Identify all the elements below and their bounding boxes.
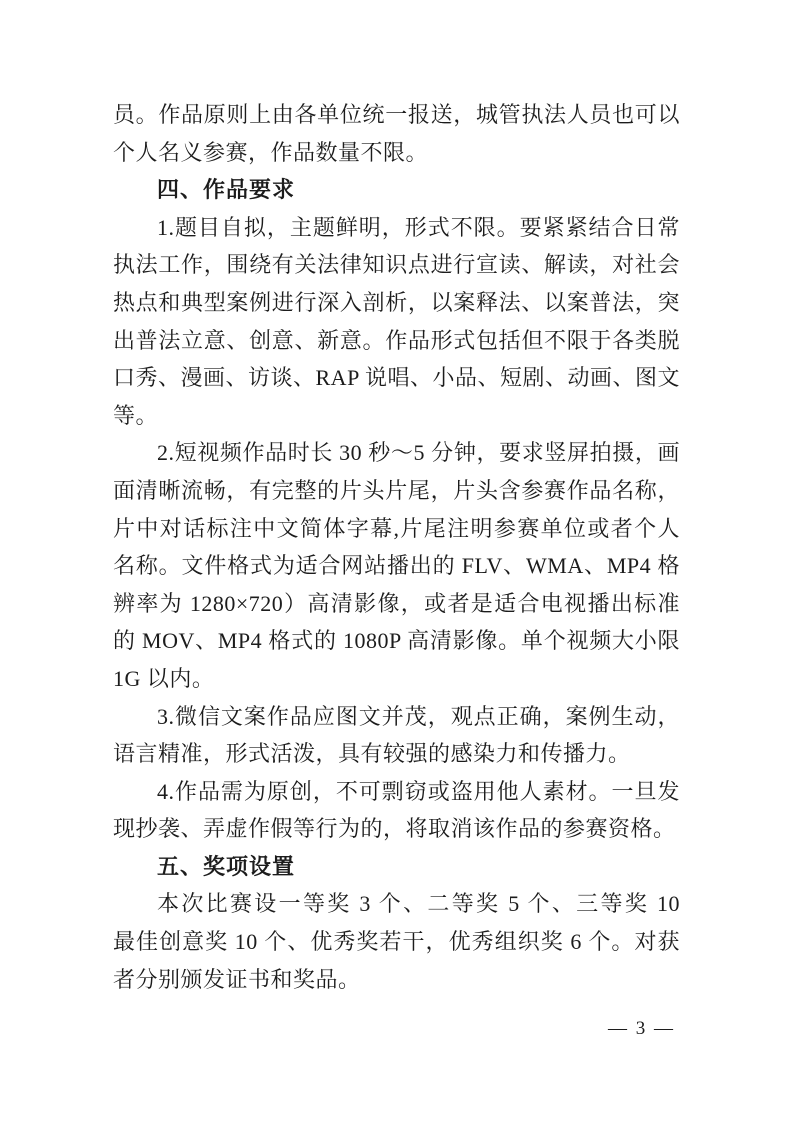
text-line: 1G 以内。 — [113, 660, 680, 698]
text-line: 2.短视频作品时长 30 秒～5 分钟，要求竖屏拍摄，画 — [113, 434, 680, 472]
text-line: 最佳创意奖 10 个、优秀奖若干，优秀组织奖 6 个。对获奖 — [113, 923, 680, 961]
text-line: 4.作品需为原创，不可剽窃或盗用他人素材。一旦发 — [113, 773, 680, 811]
text-line: 面清晰流畅，有完整的片头片尾，片头含参赛作品名称， — [113, 472, 680, 510]
text-line: 热点和典型案例进行深入剖析，以案释法、以案普法，突 — [113, 284, 680, 322]
text-line: 片中对话标注中文简体字幕,片尾注明参赛单位或者个人 — [113, 510, 680, 548]
text-line: 本次比赛设一等奖 3 个、二等奖 5 个、三等奖 10 个、 — [113, 885, 680, 923]
text-line: 出普法立意、创意、新意。作品形式包括但不限于各类脱 — [113, 322, 680, 360]
section-heading: 五、奖项设置 — [113, 848, 680, 886]
text-line: 等。 — [113, 397, 680, 435]
text-line: 的 MOV、MP4 格式的 1080P 高清影像。单个视频大小限制在 — [113, 622, 680, 660]
text-line: 口秀、漫画、访谈、RAP 说唱、小品、短剧、动画、图文 — [113, 359, 680, 397]
text-line: 个人名义参赛，作品数量不限。 — [113, 134, 680, 172]
page-number: — 3 — — [608, 1018, 675, 1040]
text-line: 辨率为 1280×720）高清影像，或者是适合电视播出标准 — [113, 585, 680, 623]
text-line: 员。作品原则上由各单位统一报送，城管执法人员也可以 — [113, 96, 680, 134]
text-line: 1.题目自拟，主题鲜明，形式不限。要紧紧结合日常 — [113, 209, 680, 247]
text-line: 者分别颁发证书和奖品。 — [113, 961, 680, 999]
text-line: 执法工作，围绕有关法律知识点进行宣读、解读，对社会 — [113, 246, 680, 284]
document-text-block: 员。作品原则上由各单位统一报送，城管执法人员也可以个人名义参赛，作品数量不限。四… — [113, 96, 680, 998]
text-line: 现抄袭、弄虚作假等行为的，将取消该作品的参赛资格。 — [113, 810, 680, 848]
section-heading: 四、作品要求 — [113, 171, 680, 209]
document-page: 员。作品原则上由各单位统一报送，城管执法人员也可以个人名义参赛，作品数量不限。四… — [0, 0, 793, 1122]
text-line: 语言精准，形式活泼，具有较强的感染力和传播力。 — [113, 735, 680, 773]
text-line: 名称。文件格式为适合网站播出的 FLV、WMA、MP4 格式（分 — [113, 547, 680, 585]
text-line: 3.微信文案作品应图文并茂，观点正确，案例生动， — [113, 698, 680, 736]
